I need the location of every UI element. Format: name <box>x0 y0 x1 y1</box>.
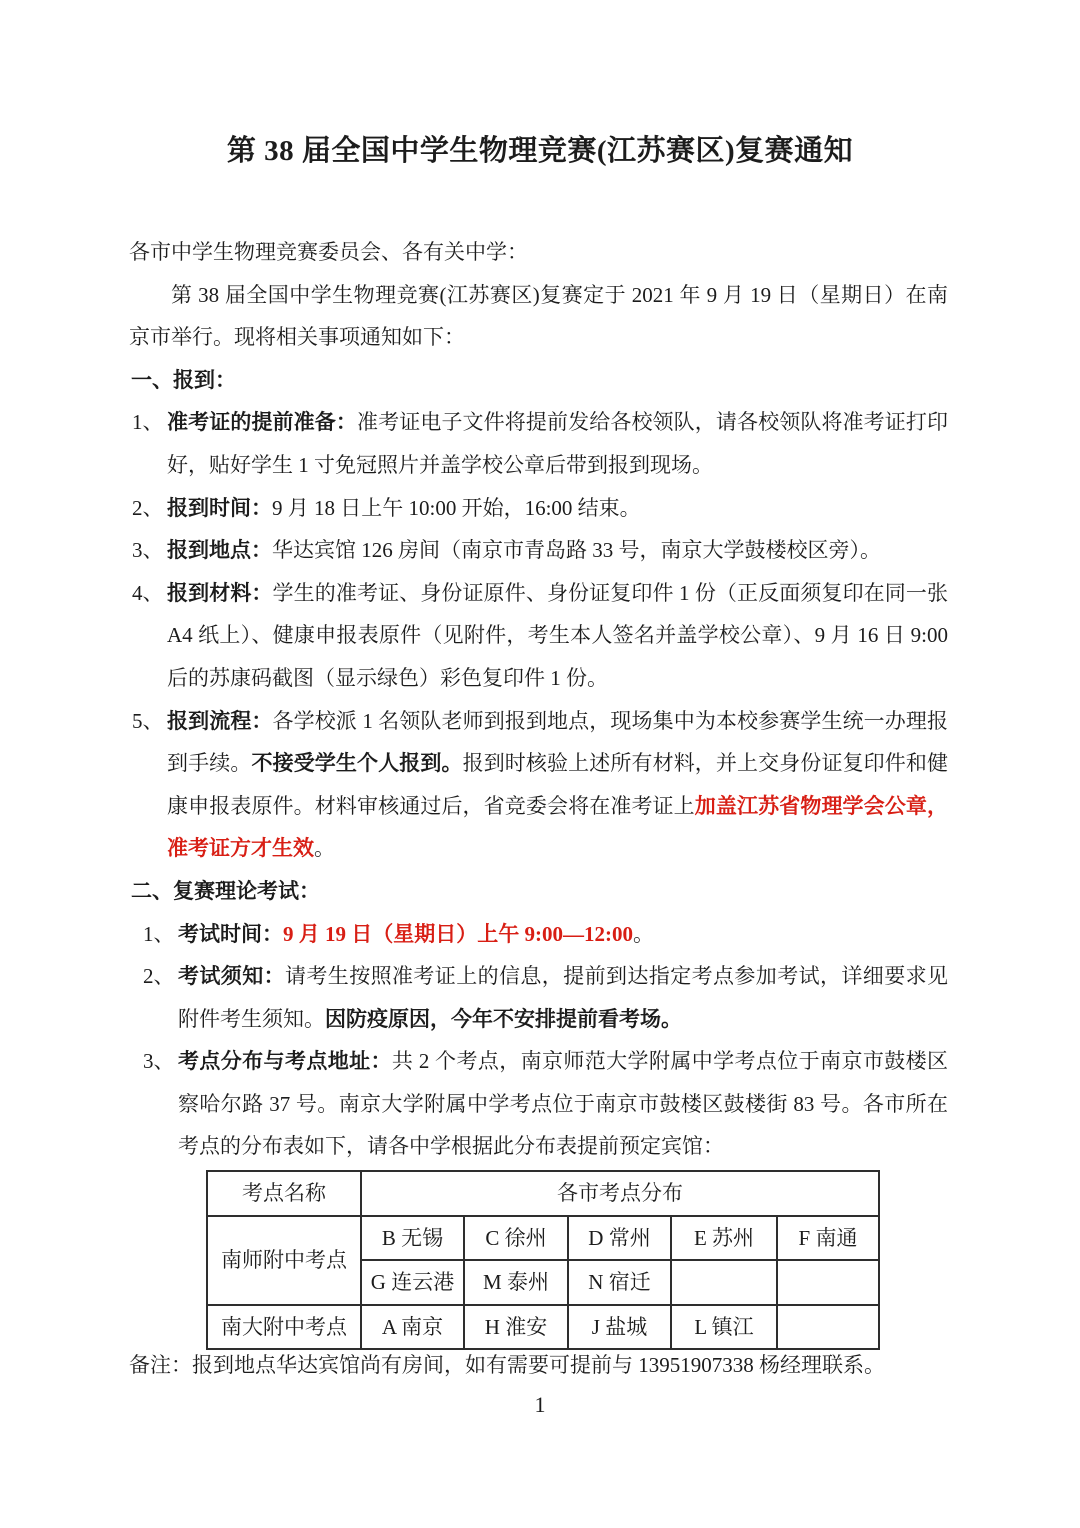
text-segment: 因防疫原因，今年不安排提前看考场。 <box>325 1007 682 1031</box>
table-row: 南大附中考点A 南京H 淮安J 盐城L 镇江 <box>207 1305 879 1350</box>
item-number: 1、 <box>132 401 167 486</box>
text-segment: 报到流程： <box>167 709 273 733</box>
intro-paragraph: 第 38 届全国中学生物理竞赛(江苏赛区)复赛定于 2021 年 9 月 19 … <box>129 274 948 359</box>
text-segment: 考试须知： <box>178 964 285 988</box>
text-segment: 考试时间： <box>178 922 283 946</box>
list-item: 1、准考证的提前准备：准考证电子文件将提前发给各校领队，请各校领队将准考证打印好… <box>132 401 948 486</box>
table-cell: A 南京 <box>361 1305 464 1350</box>
table-cell: L 镇江 <box>671 1305 777 1350</box>
item-number: 3、 <box>143 1040 178 1168</box>
text-segment: 不接受学生个人报到。 <box>251 751 462 775</box>
salutation-line: 各市中学生物理竞赛委员会、各有关中学： <box>129 231 948 274</box>
text-segment: 华达宾馆 126 房间（南京市青岛路 33 号，南京大学鼓楼校区旁）。 <box>272 538 881 562</box>
text-segment: 报到材料： <box>167 581 273 605</box>
document-body: 各市中学生物理竞赛委员会、各有关中学： 第 38 届全国中学生物理竞赛(江苏赛区… <box>129 231 948 1380</box>
table-cell: 各市考点分布 <box>361 1171 879 1216</box>
list-item: 2、报到时间：9 月 18 日上午 10:00 开始，16:00 结束。 <box>132 487 948 530</box>
table-cell: E 苏州 <box>671 1216 777 1261</box>
item-text: 考点分布与考点地址：共 2 个考点，南京师范大学附属中学考点位于南京市鼓楼区察哈… <box>178 1040 948 1168</box>
item-number: 4、 <box>132 572 167 700</box>
item-text: 准考证的提前准备：准考证电子文件将提前发给各校领队，请各校领队将准考证打印好，贴… <box>167 401 948 486</box>
section: 二、复赛理论考试：1、考试时间：9 月 19 日（星期日）上午 9:00—12:… <box>129 870 948 1168</box>
item-text: 报到材料：学生的准考证、身份证原件、身份证复印件 1 份（正反面须复印在同一张 … <box>167 572 948 700</box>
text-segment: 。 <box>633 922 654 946</box>
page-number: 1 <box>0 1392 1080 1418</box>
item-number: 2、 <box>143 955 178 1040</box>
table-cell: H 淮安 <box>464 1305 568 1350</box>
text-segment: 报到时间： <box>167 496 272 520</box>
table-cell: B 无锡 <box>361 1216 464 1261</box>
list-item: 1、考试时间：9 月 19 日（星期日）上午 9:00—12:00。 <box>143 913 948 956</box>
document-page: 第 38 届全国中学生物理竞赛(江苏赛区)复赛通知 各市中学生物理竞赛委员会、各… <box>0 0 1080 1528</box>
table-cell: C 徐州 <box>464 1216 568 1261</box>
table-note: 备注：报到地点华达宾馆尚有房间，如有需要可提前与 13951907338 杨经理… <box>129 1350 948 1380</box>
text-segment: 学生的准考证、身份证原件、身份证复印件 1 份（正反面须复印在同一张 A4 纸上… <box>167 581 948 690</box>
table-row: 考点名称各市考点分布 <box>207 1171 879 1216</box>
text-segment: 9 月 19 日（星期日）上午 9:00—12:00 <box>283 922 633 946</box>
text-segment: 9 月 18 日上午 10:00 开始，16:00 结束。 <box>272 496 641 520</box>
section-heading: 一、报到： <box>131 359 948 402</box>
item-text: 报到地点：华达宾馆 126 房间（南京市青岛路 33 号，南京大学鼓楼校区旁）。 <box>167 529 948 572</box>
table-cell: N 宿迁 <box>568 1260 671 1305</box>
list-item: 3、报到地点：华达宾馆 126 房间（南京市青岛路 33 号，南京大学鼓楼校区旁… <box>132 529 948 572</box>
item-number: 1、 <box>143 913 178 956</box>
table-cell: M 泰州 <box>464 1260 568 1305</box>
item-text: 报到时间：9 月 18 日上午 10:00 开始，16:00 结束。 <box>167 487 948 530</box>
table-cell: 南大附中考点 <box>207 1305 361 1350</box>
table-cell <box>777 1260 879 1305</box>
table-cell: 南师附中考点 <box>207 1216 361 1305</box>
item-text: 报到流程：各学校派 1 名领队老师到报到地点，现场集中为本校参赛学生统一办理报到… <box>167 700 948 870</box>
table-cell: 考点名称 <box>207 1171 361 1216</box>
text-segment: 考点分布与考点地址： <box>178 1049 392 1073</box>
table-cell: G 连云港 <box>361 1260 464 1305</box>
list-item: 2、考试须知：请考生按照准考证上的信息，提前到达指定考点参加考试，详细要求见附件… <box>143 955 948 1040</box>
section-heading: 二、复赛理论考试： <box>131 870 948 913</box>
table-cell: J 盐城 <box>568 1305 671 1350</box>
item-number: 3、 <box>132 529 167 572</box>
exam-site-table: 考点名称各市考点分布南师附中考点B 无锡C 徐州D 常州E 苏州F 南通G 连云… <box>206 1170 880 1350</box>
list-item: 4、报到材料：学生的准考证、身份证原件、身份证复印件 1 份（正反面须复印在同一… <box>132 572 948 700</box>
text-segment: 报到地点： <box>167 538 272 562</box>
table-cell: D 常州 <box>568 1216 671 1261</box>
item-number: 5、 <box>132 700 167 870</box>
document-title: 第 38 届全国中学生物理竞赛(江苏赛区)复赛通知 <box>0 0 1080 174</box>
sections-container: 一、报到：1、准考证的提前准备：准考证电子文件将提前发给各校领队，请各校领队将准… <box>129 359 948 1168</box>
section: 一、报到：1、准考证的提前准备：准考证电子文件将提前发给各校领队，请各校领队将准… <box>129 359 948 870</box>
item-text: 考试须知：请考生按照准考证上的信息，提前到达指定考点参加考试，详细要求见附件考生… <box>178 955 948 1040</box>
item-number: 2、 <box>132 487 167 530</box>
list-item: 3、考点分布与考点地址：共 2 个考点，南京师范大学附属中学考点位于南京市鼓楼区… <box>143 1040 948 1168</box>
text-segment: 。 <box>314 836 335 860</box>
table-cell: F 南通 <box>777 1216 879 1261</box>
text-segment: 准考证的提前准备： <box>167 410 357 434</box>
item-text: 考试时间：9 月 19 日（星期日）上午 9:00—12:00。 <box>178 913 948 956</box>
list-item: 5、报到流程：各学校派 1 名领队老师到报到地点，现场集中为本校参赛学生统一办理… <box>132 700 948 870</box>
table-row: 南师附中考点B 无锡C 徐州D 常州E 苏州F 南通 <box>207 1216 879 1261</box>
table-cell <box>777 1305 879 1350</box>
table-cell <box>671 1260 777 1305</box>
